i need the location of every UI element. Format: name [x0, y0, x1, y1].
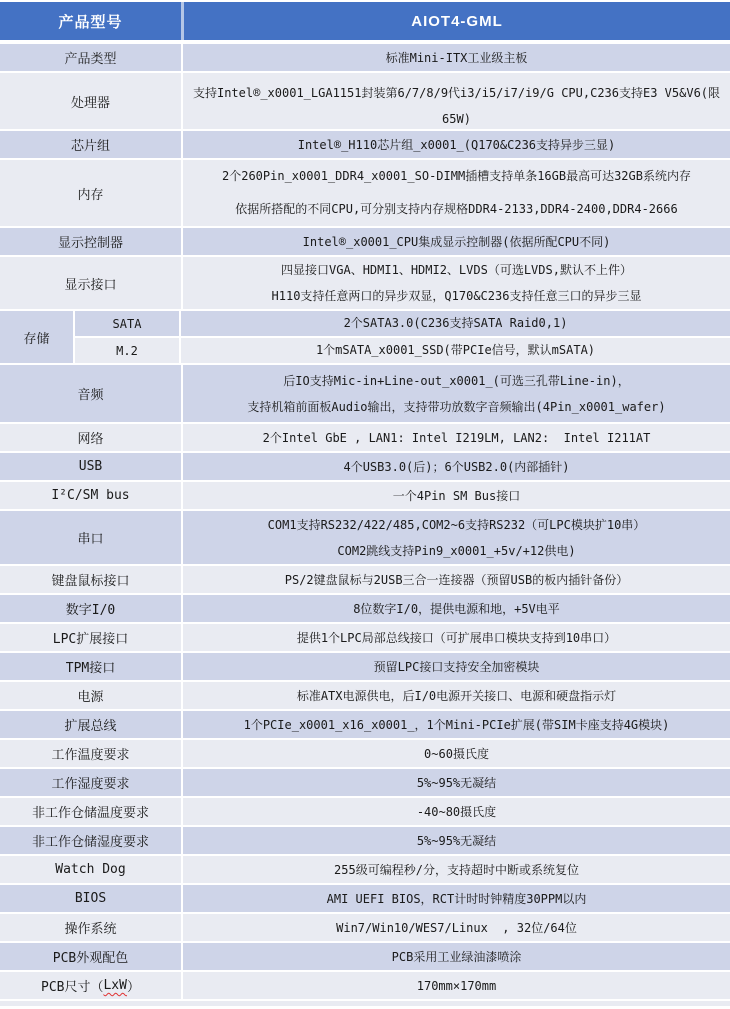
audio-value-line2: 支持机箱前面板Audio输出，支持带功放数字音频输出(4Pin_x0001_wa…: [247, 394, 665, 420]
row-watchdog: Watch Dog 255级可编程秒/分，支持超时中断或系统复位: [0, 856, 730, 883]
row-storage-temp: 非工作仓储温度要求 -40~80摄氏度: [0, 798, 730, 825]
cpu-value: 支持Intel®_x0001_LGA1151封装第6/7/8/9代i3/i5/i…: [183, 73, 730, 129]
row-keyboard-mouse: 键盘鼠标接口 PS/2键盘鼠标与2USB三合一连接器（预留USB的板内插针备份）: [0, 566, 730, 593]
product-type-value: 标准Mini-ITX工业级主板: [183, 44, 730, 71]
memory-value: 2个260Pin_x0001_DDR4_x0001_SO-DIMM插槽支持单条1…: [183, 160, 730, 226]
row-memory: 内存 2个260Pin_x0001_DDR4_x0001_SO-DIMM插槽支持…: [0, 160, 730, 226]
row-network: 网络 2个Intel GbE , LAN1: Intel I219LM, LAN…: [0, 424, 730, 451]
row-os: 操作系统 Win7/Win10/WES7/Linux , 32位/64位: [0, 914, 730, 941]
operating-temp-value: 0~60摄氏度: [183, 740, 730, 767]
os-label: 操作系统: [0, 914, 181, 941]
row-bios: BIOS AMI UEFI BIOS，RCT计时时钟精度30PPM以内: [0, 885, 730, 912]
bios-label: BIOS: [0, 885, 181, 912]
row-operating-temp: 工作温度要求 0~60摄氏度: [0, 740, 730, 767]
row-display-ports: 显示接口 四显接口VGA、HDMI1、HDMI2、LVDS（可选LVDS,默认不…: [0, 257, 730, 309]
i2c-smbus-value: 一个4Pin SM Bus接口: [183, 482, 730, 509]
row-usb: USB 4个USB3.0(后)；6个USB2.0(内部插针): [0, 453, 730, 480]
table-header-row: 产品型号 AIOT4-GML: [0, 2, 730, 40]
pcb-size-label-suffix: ）: [127, 976, 140, 995]
display-ports-label: 显示接口: [0, 257, 181, 309]
spec-table: 产品型号 AIOT4-GML 产品类型 标准Mini-ITX工业级主板 处理器 …: [0, 0, 730, 1006]
pcb-size-value: 170mm×170mm: [183, 972, 730, 999]
usb-value: 4个USB3.0(后)；6个USB2.0(内部插针): [183, 453, 730, 480]
m2-value: 1个mSATA_x0001_SSD(带PCIe信号，默认mSATA): [181, 338, 730, 363]
row-cpu: 处理器 支持Intel®_x0001_LGA1151封装第6/7/8/9代i3/…: [0, 73, 730, 129]
audio-value: 后IO支持Mic-in+Line-out_x0001_(可选三孔带Line-in…: [183, 365, 730, 422]
storage-subrows: SATA 2个SATA3.0(C236支持SATA Raid0,1) M.2 1…: [75, 311, 730, 363]
storage-group-label: 存储: [0, 311, 73, 363]
memory-value-line1: 2个260Pin_x0001_DDR4_x0001_SO-DIMM插槽支持单条1…: [222, 160, 691, 193]
power-label: 电源: [0, 682, 181, 709]
display-controller-label: 显示控制器: [0, 228, 181, 255]
row-storage-group: 存储 SATA 2个SATA3.0(C236支持SATA Raid0,1) M.…: [0, 311, 730, 363]
serial-ports-value: COM1支持RS232/422/485,COM2~6支持RS232（可LPC模块…: [183, 511, 730, 564]
display-ports-value-line2: H110支持任意两口的异步双显，Q170&C236支持任意三口的异步三显: [272, 283, 642, 309]
watchdog-label: Watch Dog: [0, 856, 181, 883]
operating-temp-label: 工作温度要求: [0, 740, 181, 767]
row-digital-io: 数字I/0 8位数字I/0，提供电源和地，+5V电平: [0, 595, 730, 622]
row-product-type: 产品类型 标准Mini-ITX工业级主板: [0, 44, 730, 71]
sata-label: SATA: [75, 311, 179, 336]
serial-ports-value-line1: COM1支持RS232/422/485,COM2~6支持RS232（可LPC模块…: [268, 512, 646, 538]
digital-io-value: 8位数字I/0，提供电源和地，+5V电平: [183, 595, 730, 622]
row-operating-humidity: 工作湿度要求 5%~95%无凝结: [0, 769, 730, 796]
row-audio: 音频 后IO支持Mic-in+Line-out_x0001_(可选三孔带Line…: [0, 365, 730, 422]
row-power: 电源 标准ATX电源供电，后I/0电源开关接口、电源和硬盘指示灯: [0, 682, 730, 709]
lpc-expansion-value: 提供1个LPC局部总线接口（可扩展串口模块支持到10串口）: [183, 624, 730, 651]
storage-humidity-value: 5%~95%无凝结: [183, 827, 730, 854]
network-label: 网络: [0, 424, 181, 451]
display-controller-value: Intel®_x0001_CPU集成显示控制器(依据所配CPU不同): [183, 228, 730, 255]
storage-temp-value: -40~80摄氏度: [183, 798, 730, 825]
audio-value-line1: 后IO支持Mic-in+Line-out_x0001_(可选三孔带Line-in…: [283, 368, 629, 394]
memory-label: 内存: [0, 160, 181, 226]
row-i2c-smbus: I²C/SM bus 一个4Pin SM Bus接口: [0, 482, 730, 509]
tpm-label: TPM接口: [0, 653, 181, 680]
pcb-size-label: PCB尺寸（LxW）: [0, 972, 181, 999]
table-bottom-edge: [0, 1001, 730, 1006]
i2c-smbus-label: I²C/SM bus: [0, 482, 181, 509]
tpm-value: 预留LPC接口支持安全加密模块: [183, 653, 730, 680]
m2-label: M.2: [75, 338, 179, 363]
pcb-color-label: PCB外观配色: [0, 943, 181, 970]
operating-humidity-label: 工作湿度要求: [0, 769, 181, 796]
chipset-value: Intel®_H110芯片组_x0001_(Q170&C236支持异步三显): [183, 131, 730, 158]
row-expansion-bus: 扩展总线 1个PCIe_x0001_x16_x0001_，1个Mini-PCIe…: [0, 711, 730, 738]
memory-value-line2: 依据所搭配的不同CPU,可分别支持内存规格DDR4-2133,DDR4-2400…: [235, 193, 677, 226]
usb-label: USB: [0, 453, 181, 480]
expansion-bus-label: 扩展总线: [0, 711, 181, 738]
network-value: 2个Intel GbE , LAN1: Intel I219LM, LAN2: …: [183, 424, 730, 451]
storage-temp-label: 非工作仓储温度要求: [0, 798, 181, 825]
keyboard-mouse-value: PS/2键盘鼠标与2USB三合一连接器（预留USB的板内插针备份）: [183, 566, 730, 593]
header-product-model-label: 产品型号: [0, 2, 181, 40]
row-storage-m2: M.2 1个mSATA_x0001_SSD(带PCIe信号，默认mSATA): [75, 338, 730, 363]
serial-ports-label: 串口: [0, 511, 181, 564]
row-serial-ports: 串口 COM1支持RS232/422/485,COM2~6支持RS232（可LP…: [0, 511, 730, 564]
watchdog-value: 255级可编程秒/分，支持超时中断或系统复位: [183, 856, 730, 883]
row-storage-sata: SATA 2个SATA3.0(C236支持SATA Raid0,1): [75, 311, 730, 336]
audio-label: 音频: [0, 365, 181, 422]
cpu-label: 处理器: [0, 73, 181, 129]
display-ports-value-line1: 四显接口VGA、HDMI1、HDMI2、LVDS（可选LVDS,默认不上件）: [281, 257, 632, 283]
pcb-size-label-prefix: PCB尺寸（: [41, 976, 103, 995]
row-storage-humidity: 非工作仓储湿度要求 5%~95%无凝结: [0, 827, 730, 854]
digital-io-label: 数字I/0: [0, 595, 181, 622]
header-model-value: AIOT4-GML: [184, 2, 730, 40]
sata-value: 2个SATA3.0(C236支持SATA Raid0,1): [181, 311, 730, 336]
row-chipset: 芯片组 Intel®_H110芯片组_x0001_(Q170&C236支持异步三…: [0, 131, 730, 158]
power-value: 标准ATX电源供电，后I/0电源开关接口、电源和硬盘指示灯: [183, 682, 730, 709]
lpc-expansion-label: LPC扩展接口: [0, 624, 181, 651]
operating-humidity-value: 5%~95%无凝结: [183, 769, 730, 796]
row-pcb-size: PCB尺寸（LxW） 170mm×170mm: [0, 972, 730, 999]
pcb-color-value: PCB采用工业绿油漆喷涂: [183, 943, 730, 970]
serial-ports-value-line2: COM2跳线支持Pin9_x0001_+5v/+12供电): [337, 538, 575, 564]
row-lpc-expansion: LPC扩展接口 提供1个LPC局部总线接口（可扩展串口模块支持到10串口）: [0, 624, 730, 651]
product-type-label: 产品类型: [0, 44, 181, 71]
pcb-size-label-lxw-spellcheck: LxW: [103, 978, 126, 993]
storage-humidity-label: 非工作仓储湿度要求: [0, 827, 181, 854]
chipset-label: 芯片组: [0, 131, 181, 158]
row-pcb-color: PCB外观配色 PCB采用工业绿油漆喷涂: [0, 943, 730, 970]
row-tpm: TPM接口 预留LPC接口支持安全加密模块: [0, 653, 730, 680]
row-display-controller: 显示控制器 Intel®_x0001_CPU集成显示控制器(依据所配CPU不同): [0, 228, 730, 255]
os-value: Win7/Win10/WES7/Linux , 32位/64位: [183, 914, 730, 941]
expansion-bus-value: 1个PCIe_x0001_x16_x0001_，1个Mini-PCIe扩展(带S…: [183, 711, 730, 738]
display-ports-value: 四显接口VGA、HDMI1、HDMI2、LVDS（可选LVDS,默认不上件） H…: [183, 257, 730, 309]
keyboard-mouse-label: 键盘鼠标接口: [0, 566, 181, 593]
bios-value: AMI UEFI BIOS，RCT计时时钟精度30PPM以内: [183, 885, 730, 912]
